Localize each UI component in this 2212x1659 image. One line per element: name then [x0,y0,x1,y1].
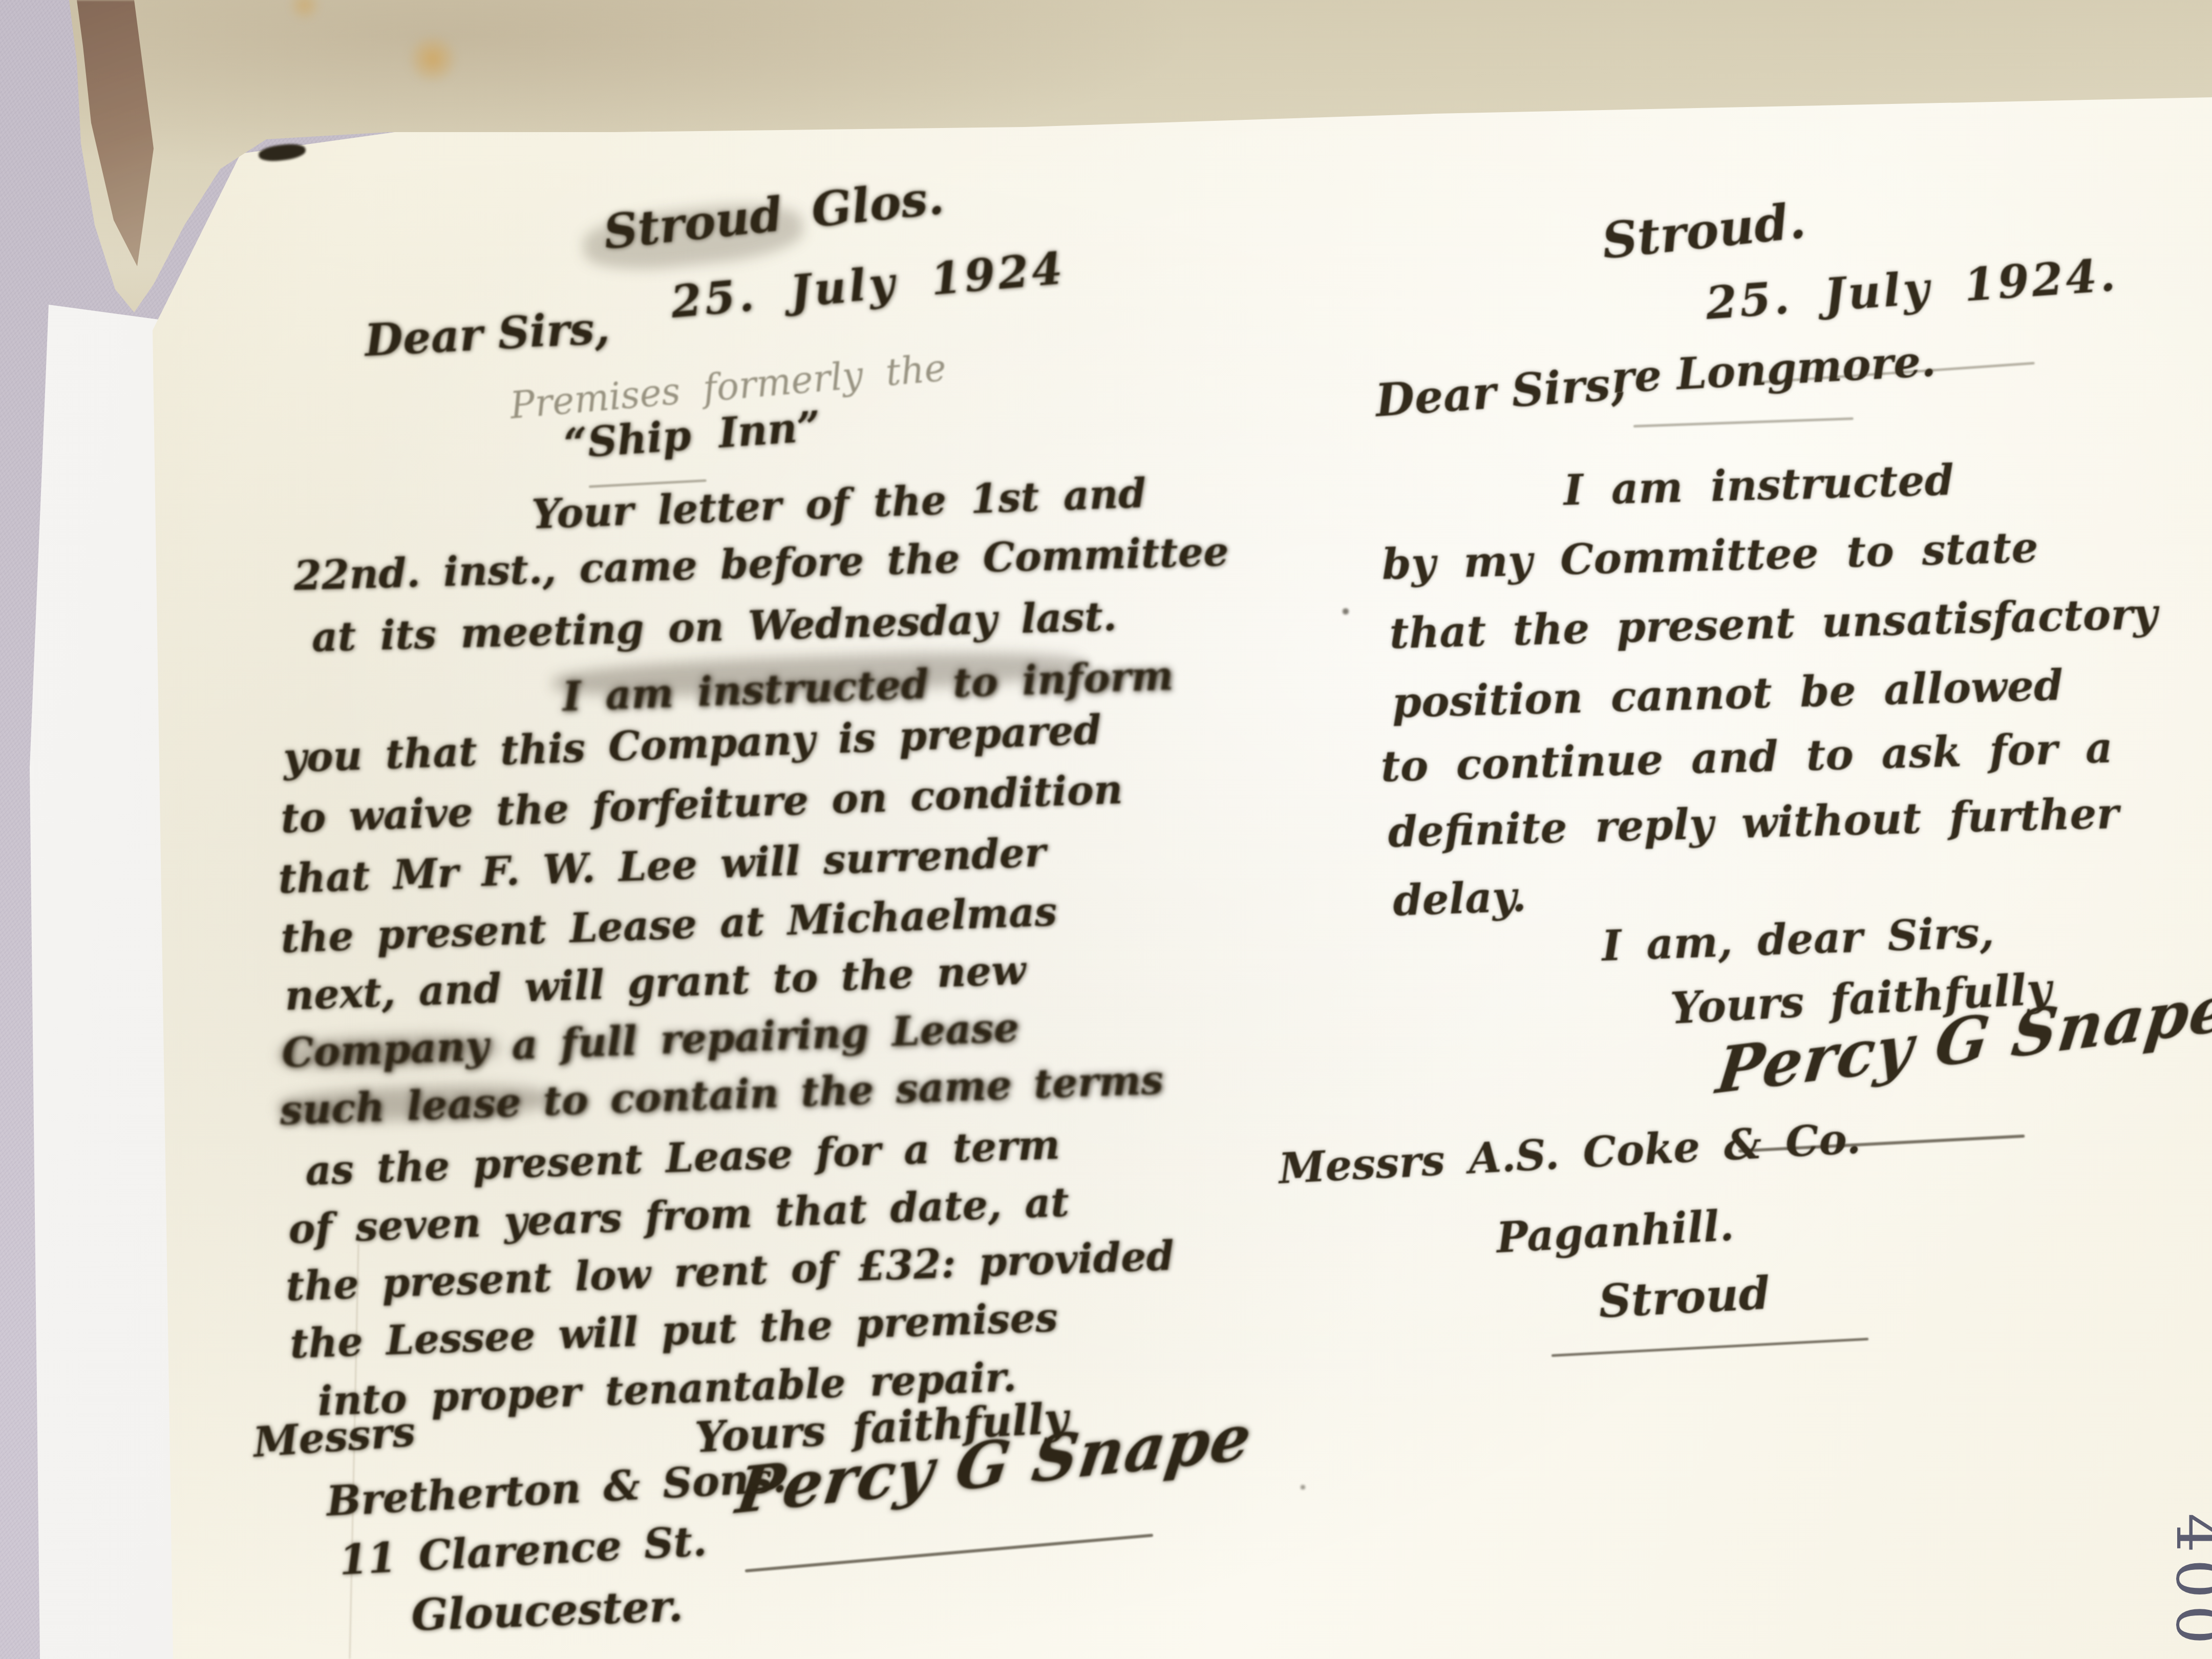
page-number-stamp: 400 [2066,1513,2212,1646]
left-letter-recipient-line: Gloucester. [411,1581,684,1641]
ink-speck [1301,1485,1305,1490]
right-letter-body-line: delay. [1392,872,1527,926]
ink-speck [1343,608,1349,614]
right-letter-body-line: I am instructed [1563,456,1954,515]
paper-stain [405,36,461,82]
right-letter-recipient-line: Stroud [1598,1266,1772,1328]
